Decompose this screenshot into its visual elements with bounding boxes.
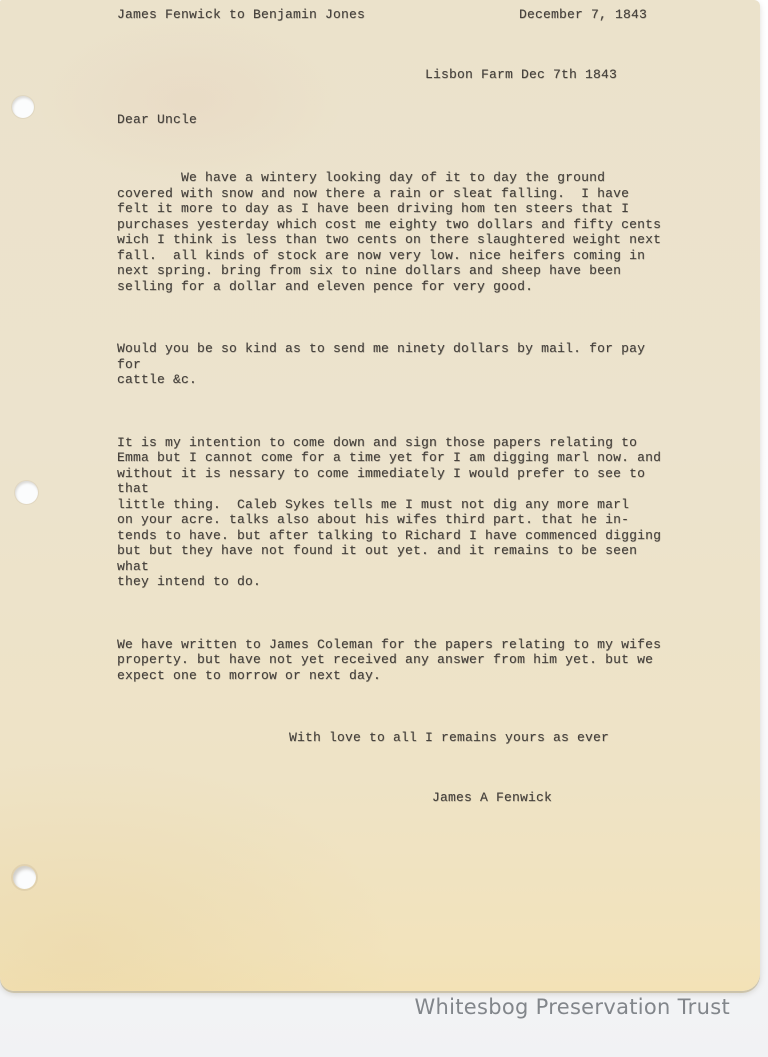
- scanned-letter-page: { "colors": { "paper": "#ece3cc", "paper…: [0, 0, 768, 1057]
- letter-paragraph-4: We have written to James Coleman for the…: [117, 637, 673, 684]
- letter-closing: With love to all I remains yours as ever: [289, 730, 673, 746]
- letter-archival-heading: James Fenwick to Benjamin Jones: [117, 7, 365, 23]
- archive-watermark: Whitesbog Preservation Trust: [0, 994, 730, 1020]
- punch-hole-top: [12, 96, 34, 118]
- letter-paper: James Fenwick to Benjamin Jones December…: [0, 0, 760, 991]
- letter-signature: James A Fenwick: [432, 790, 673, 806]
- letter-body: We have a wintery looking day of it to d…: [117, 139, 673, 836]
- letter-paragraph-3: It is my intention to come down and sign…: [117, 435, 673, 590]
- letter-archival-date: December 7, 1843: [519, 7, 647, 23]
- letter-paragraph-1: We have a wintery looking day of it to d…: [117, 170, 673, 294]
- punch-hole-bottom: [13, 866, 36, 889]
- letter-dateline: Lisbon Farm Dec 7th 1843: [425, 67, 617, 83]
- letter-paragraph-2: Would you be so kind as to send me ninet…: [117, 341, 673, 388]
- letter-salutation: Dear Uncle: [117, 112, 197, 128]
- punch-hole-middle: [15, 481, 38, 504]
